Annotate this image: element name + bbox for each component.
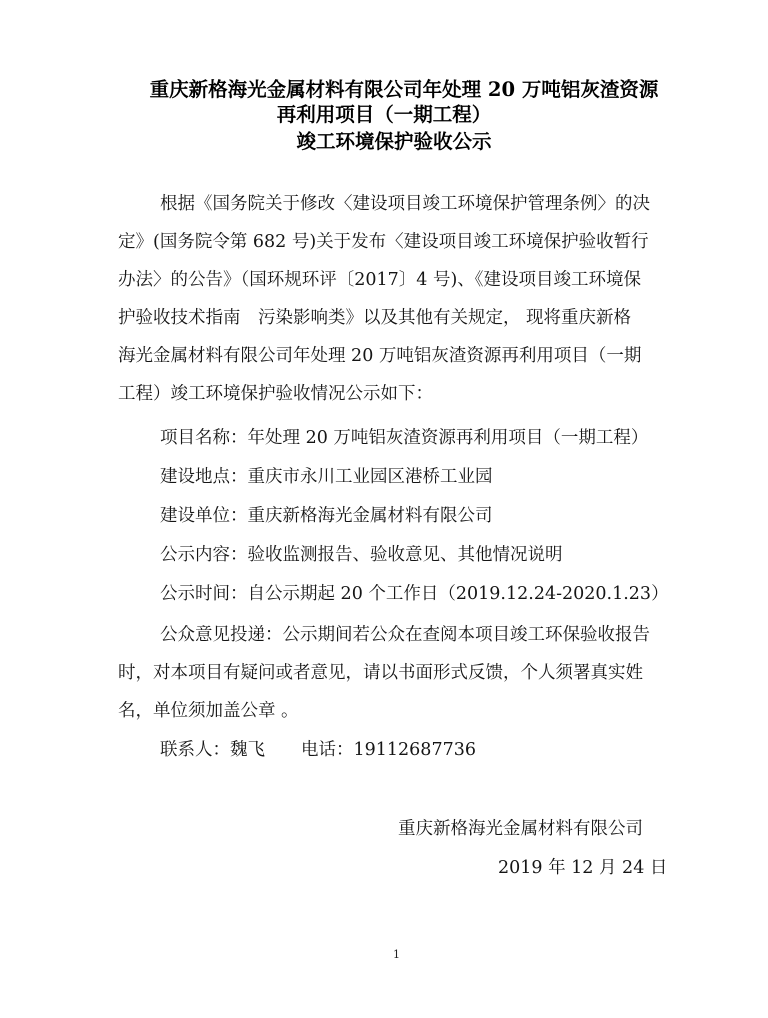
field-location: 建设地点：重庆市永川工业园区港桥工业园 bbox=[160, 466, 493, 488]
field-builder: 建设单位：重庆新格海光金属材料有限公司 bbox=[160, 505, 493, 527]
title-line-1: 重庆新格海光金属材料有限公司年处理 20 万吨铝灰渣资源 bbox=[20, 78, 768, 102]
signature-date: 2019 年 12 月 24 日 bbox=[498, 857, 667, 879]
contact-line: 联系人：魏飞电话：19112687736 bbox=[160, 739, 476, 761]
intro-line-4: 护验收技术指南 污染影响类》以及其他有关规定， 现将重庆新格 bbox=[118, 307, 631, 329]
contact-phone: 19112687736 bbox=[354, 740, 476, 760]
field-label: 公示内容： bbox=[160, 545, 248, 565]
field-value: 重庆新格海光金属材料有限公司 bbox=[248, 506, 493, 526]
field-label: 项目名称： bbox=[160, 428, 248, 448]
signature-company: 重庆新格海光金属材料有限公司 bbox=[398, 818, 643, 840]
field-project-name: 项目名称：年处理 20 万吨铝灰渣资源再利用项目（一期工程） bbox=[160, 427, 648, 449]
intro-line-1: 根据《国务院关于修改〈建设项目竣工环境保护管理条例〉的决 bbox=[160, 193, 650, 215]
contact-person-label: 联系人： bbox=[160, 740, 230, 760]
title-line-2: 再利用项目（一期工程） bbox=[0, 103, 768, 127]
intro-line-2: 定》(国务院令第 682 号)关于发布〈建设项目竣工环境保护验收暂行 bbox=[118, 231, 649, 253]
feedback-line-1: 公众意见投递：公示期间若公众在查阅本项目竣工环保验收报告 bbox=[160, 624, 650, 646]
field-label: 建设地点： bbox=[160, 467, 248, 487]
field-period: 公示时间：自公示期起 20 个工作日（2019.12.24-2020.1.23） bbox=[160, 583, 669, 605]
contact-person: 魏飞 bbox=[230, 740, 265, 760]
page-number: 1 bbox=[393, 948, 400, 961]
intro-line-5: 海光金属材料有限公司年处理 20 万吨铝灰渣资源再利用项目（一期 bbox=[118, 345, 641, 367]
field-value: 重庆市永川工业园区港桥工业园 bbox=[248, 467, 493, 487]
field-content: 公示内容：验收监测报告、验收意见、其他情况说明 bbox=[160, 544, 563, 566]
document-page: 重庆新格海光金属材料有限公司年处理 20 万吨铝灰渣资源 再利用项目（一期工程）… bbox=[0, 0, 768, 1018]
field-value: 年处理 20 万吨铝灰渣资源再利用项目（一期工程） bbox=[248, 428, 649, 448]
field-label: 建设单位： bbox=[160, 506, 248, 526]
title-line-3: 竣工环境保护验收公示 bbox=[10, 130, 768, 154]
field-value: 自公示期起 20 个工作日（2019.12.24-2020.1.23） bbox=[248, 584, 669, 604]
field-value: 验收监测报告、验收意见、其他情况说明 bbox=[248, 545, 563, 565]
feedback-line-3: 名，单位须加盖公章 。 bbox=[118, 700, 299, 722]
contact-phone-label: 电话： bbox=[301, 740, 354, 760]
intro-line-3: 办法〉的公告》（国环规环评〔2017〕4 号)、《建设项目竣工环境保 bbox=[118, 269, 641, 291]
intro-line-6: 工程）竣工环境保护验收情况公示如下： bbox=[118, 383, 433, 405]
feedback-line-2: 时，对本项目有疑问或者意见，请以书面形式反馈，个人须署真实姓 bbox=[118, 662, 643, 684]
field-label: 公示时间： bbox=[160, 584, 248, 604]
